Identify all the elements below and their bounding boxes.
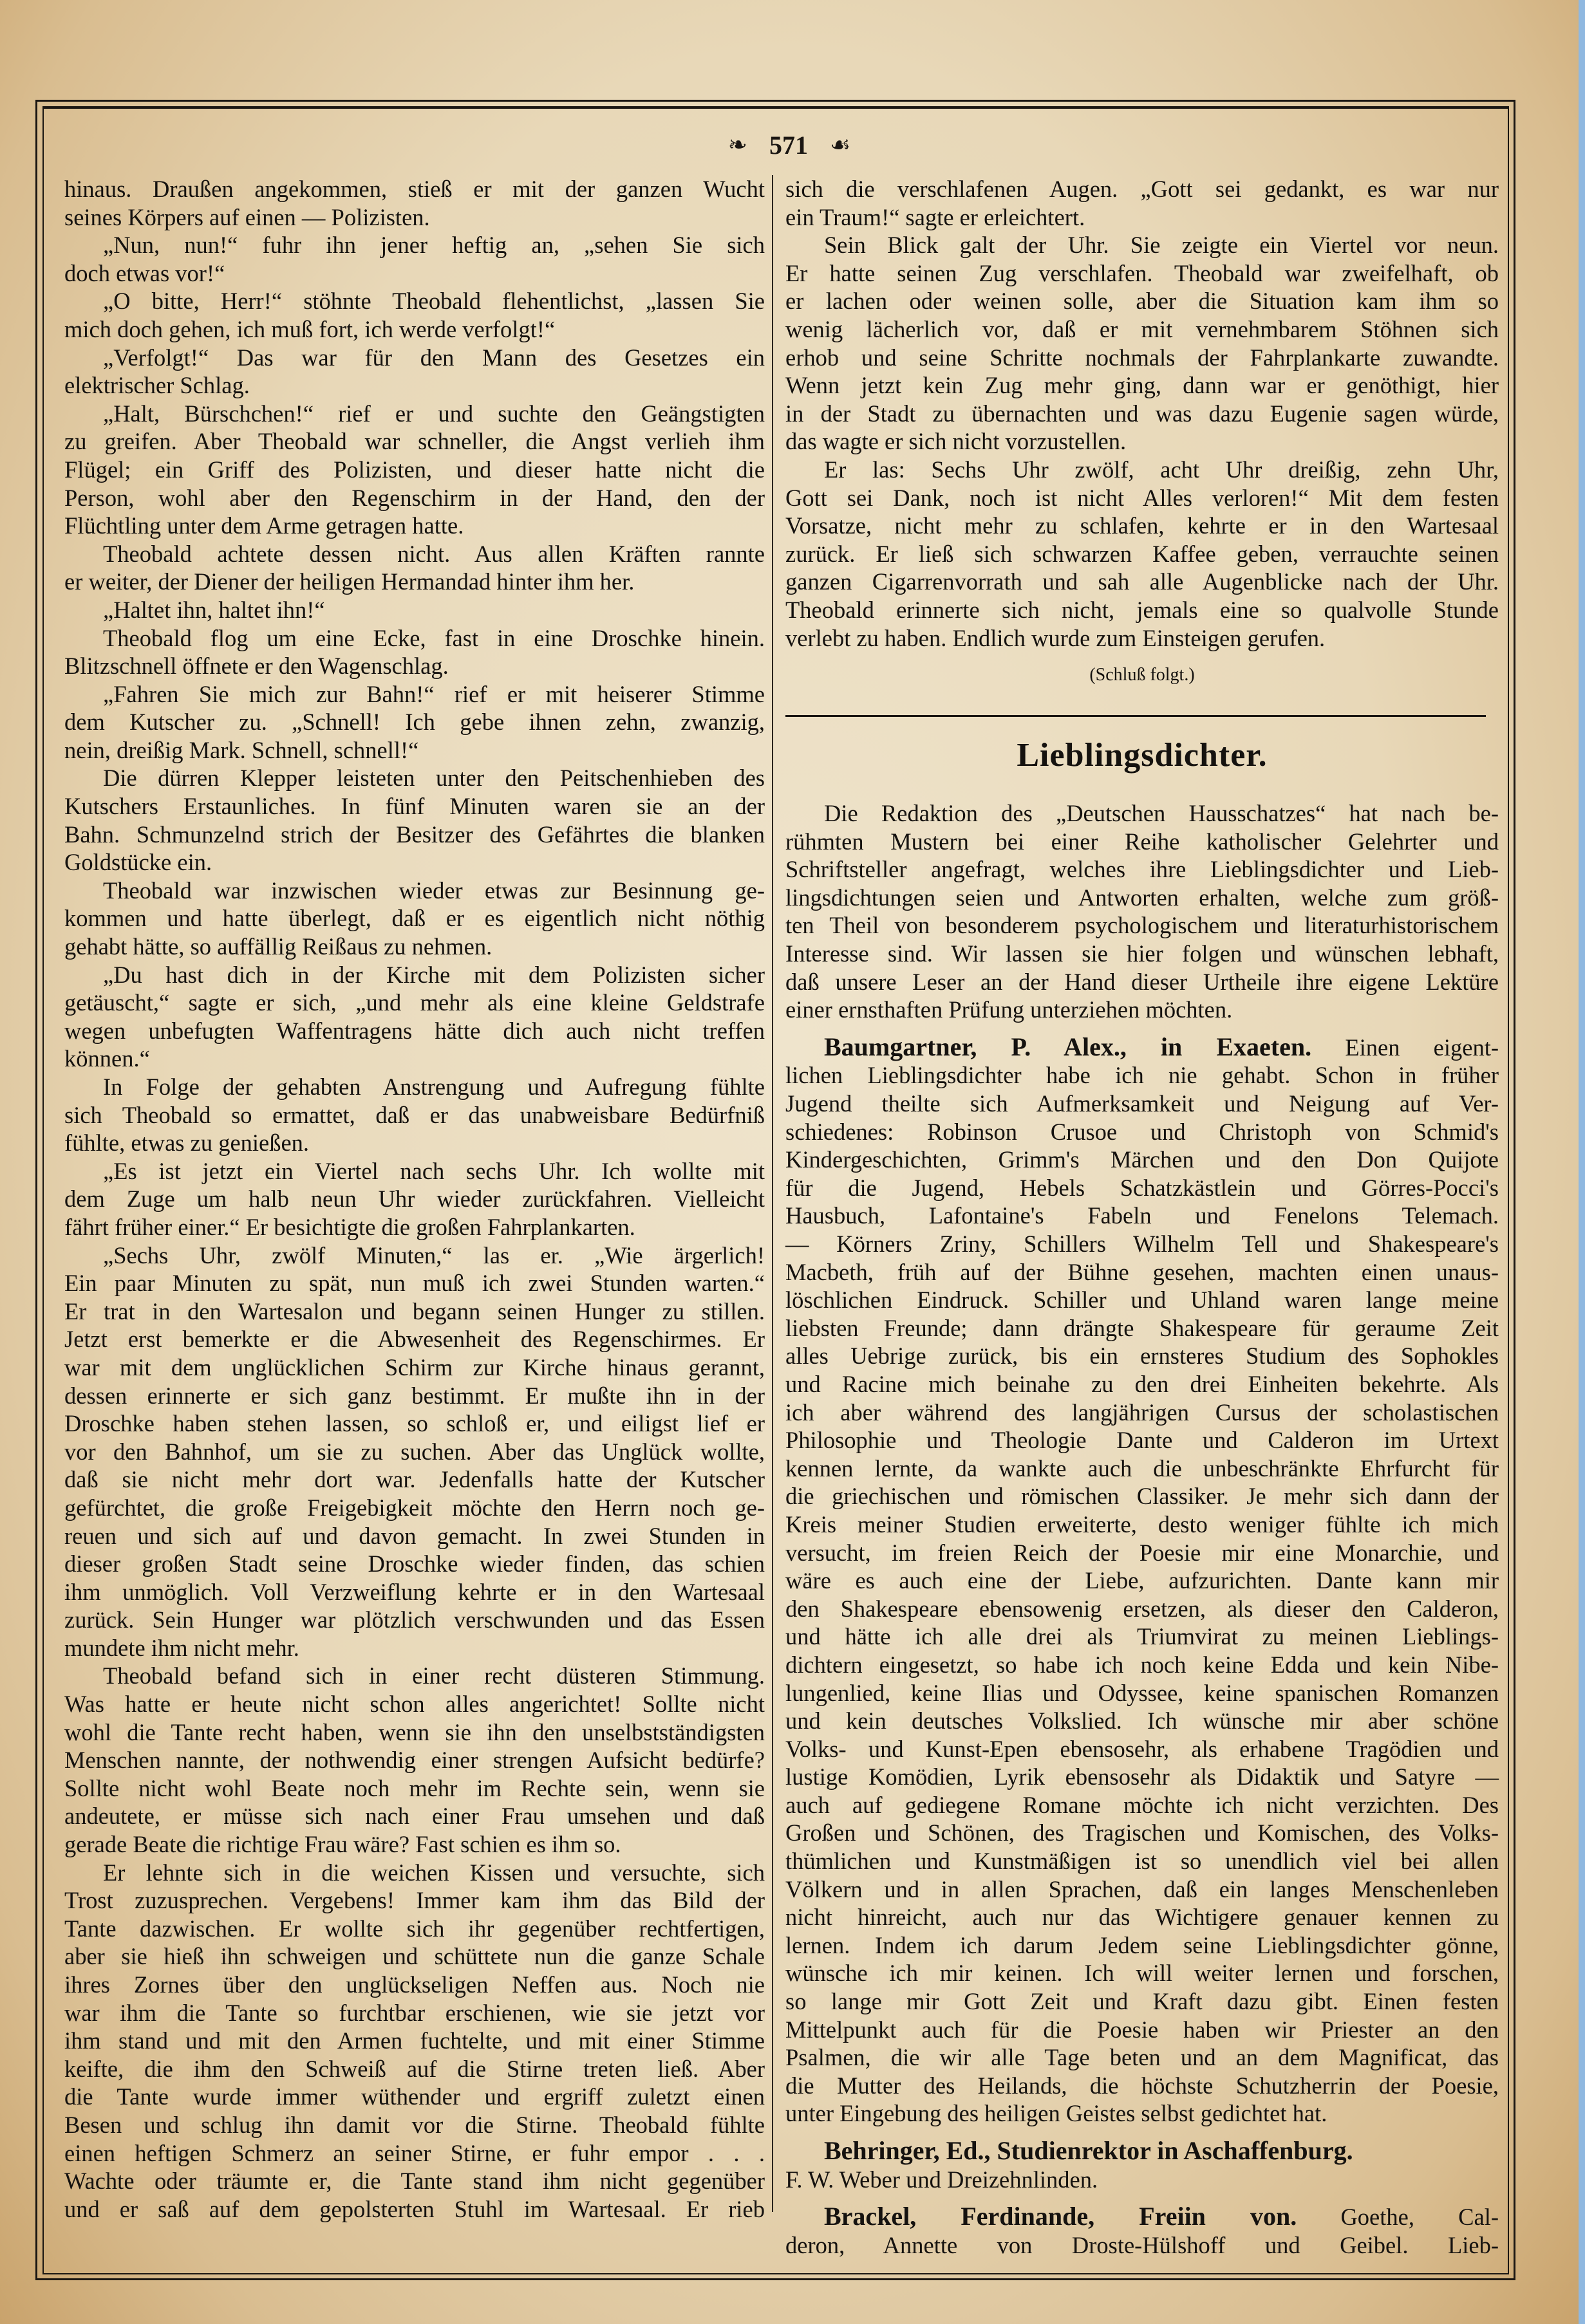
text-line: Sein Blick galt der Uhr. Sie zeigte ein … [785,231,1499,259]
left-column-story: hinaus. Draußen angekommen, stieß er mit… [64,175,765,2223]
text-line: ihm unmöglich. Voll Verzweiflung kehrte … [64,1578,765,1606]
poet-entry: Behringer, Ed., Studienrektor in Aschaff… [785,2128,1499,2193]
text-line: Goldstücke ein. [64,848,765,877]
text-line: ten Theil von besonderem psychologischem… [785,911,1499,940]
text-line: Gott sei Dank, noch ist nicht Alles verl… [785,484,1499,512]
text-line: Blitzschnell öffnete er den Wagenschlag. [64,652,765,680]
entry-text: Goethe, Cal- [1340,2204,1499,2230]
text-line: schiedenes: Robinson Crusoe und Christop… [785,1118,1499,1146]
text-line: Schriftsteller angefragt, welches ihre L… [785,855,1499,884]
text-line: Bahn. Schmunzelnd strich der Besitzer de… [64,821,765,849]
text-line: wegen unbefugten Waffentragens hätte dic… [64,1017,765,1045]
text-line: „Es ist jetzt ein Viertel nach sechs Uhr… [64,1157,765,1185]
text-line: nein, dreißig Mark. Schnell, schnell!“ [64,736,765,765]
text-line: In Folge der gehabten Anstrengung und Au… [64,1073,765,1101]
text-line: Trost zuzusprechen. Vergebens! Immer kam… [64,1886,765,1915]
section-separator-rule [785,715,1486,717]
text-line: Person, wohl aber den Regenschirm in der… [64,484,765,512]
text-line: — Körners Zriny, Schillers Wilhelm Tell … [785,1230,1499,1258]
text-line: „Verfolgt!“ Das war für den Mann des Ges… [64,344,765,372]
text-line: verlebt zu haben. Endlich wurde zum Eins… [785,624,1499,653]
text-line: Droschke haben stehen lassen, so schloß … [64,1409,765,1438]
text-line: ich aber während des langjährigen Cursus… [785,1399,1499,1427]
page-number: 571 [769,130,808,160]
text-line: F. W. Weber und Dreizehnlinden. [785,2166,1499,2194]
text-line: „Nun, nun!“ fuhr ihn jener heftig an, „s… [64,231,765,259]
text-line: Kutschers Erstaunliches. In fünf Minuten… [64,792,765,821]
text-line: „Sechs Uhr, zwölf Minuten,“ las er. „Wie… [64,1241,765,1270]
text-line: sich Theobald so ermattet, daß er das un… [64,1101,765,1129]
text-line: Kindergeschichten, Grimm's Märchen und d… [785,1146,1499,1174]
text-line: sich die verschlafenen Augen. „Gott sei … [785,175,1499,203]
text-line: Hausbuch, Lafontaine's Fabeln und Fenelo… [785,1202,1499,1230]
text-line: doch etwas vor!“ [64,259,765,288]
text-line: die Tante wurde immer wüthender und ergr… [64,2083,765,2111]
entry-heading-line: Brackel, Ferdinande, Freiin von. Goethe,… [785,2202,1499,2231]
text-line: daß sie nicht mehr dort war. Jedenfalls … [64,1465,765,1494]
text-line: und Racine mich beinahe zu den drei Einh… [785,1370,1499,1399]
text-line: Großen und Schönen, des Tragischen und K… [785,1819,1499,1847]
poet-entry: Brackel, Ferdinande, Freiin von. Goethe,… [785,2193,1499,2259]
text-line: Wenn jetzt kein Zug mehr ging, dann war … [785,371,1499,400]
text-line: seines Körpers auf einen — Polizisten. [64,203,765,232]
poet-entries-list: Baumgartner, P. Alex., in Exaeten. Einen… [785,1024,1499,2260]
text-line: Tante dazwischen. Er wollte sich ihr geg… [64,1915,765,1943]
text-line: auch auf gediegene Romane möchte ich nic… [785,1791,1499,1819]
text-line: für die Jugend, Hebels Schatzkästlein un… [785,1174,1499,1202]
text-line: erhob und seine Schritte nochmals der Fa… [785,344,1499,372]
text-line: getäuscht,“ sagte er sich, „und mehr als… [64,989,765,1017]
text-line: lingsdichtungen seien und Antworten erha… [785,884,1499,912]
text-line: kennen lernte, da wankte auch die unbesc… [785,1455,1499,1483]
text-line: Volks- und Kunst-Epen ebensosehr, als er… [785,1735,1499,1763]
section-intro: Die Redaktion des „Deutschen Hausschatze… [785,799,1499,1024]
text-line: keifte, die ihm den Schweiß auf die Stir… [64,2055,765,2083]
text-line: er lachen oder weinen solle, aber die Si… [785,287,1499,315]
text-line: können.“ [64,1045,765,1073]
text-line: die griechischen und römischen Classiker… [785,1482,1499,1511]
text-line: Er las: Sechs Uhr zwölf, acht Uhr dreißi… [785,456,1499,484]
text-line: unter Eingebung des heiligen Geistes sel… [785,2099,1499,2128]
entry-heading-line: Baumgartner, P. Alex., in Exaeten. Einen… [785,1033,1499,1062]
text-line: dichtern eingesetzt, so habe ich noch ke… [785,1651,1499,1679]
text-line: gerade Beate die richtige Frau wäre? Fas… [64,1830,765,1859]
text-line: lungenlied, keine Ilias und Odyssee, kei… [785,1679,1499,1707]
text-line: Mittelpunkt auch für die Poesie haben wi… [785,2016,1499,2044]
text-line: zurück. Sein Hunger war plötzlich versch… [64,1606,765,1634]
text-line: Psalmen, die wir alle Tage beten und an … [785,2043,1499,2072]
text-line: Theobald erinnerte sich nicht, jemals ei… [785,596,1499,624]
text-line: Kreis meiner Studien erweiterte, desto w… [785,1511,1499,1539]
text-line: „Haltet ihn, haltet ihn!“ [64,596,765,624]
text-line: „O bitte, Herr!“ stöhnte Theobald flehen… [64,287,765,315]
text-line: in der Stadt zu übernachten und was dazu… [785,400,1499,428]
text-line: Flügel; ein Griff des Polizisten, und di… [64,456,765,484]
text-line: Er lehnte sich in die weichen Kissen und… [64,1859,765,1887]
text-line: thümlichen und Kunstmäßigen ist so unend… [785,1847,1499,1875]
text-line: Interesse sind. Wir lassen sie hier folg… [785,940,1499,968]
text-line: „Halt, Bürschchen!“ rief er und suchte d… [64,400,765,428]
text-line: Er hatte seinen Zug verschlafen. Theobal… [785,259,1499,288]
text-line: „Fahren Sie mich zur Bahn!“ rief er mit … [64,680,765,709]
text-line: rühmten Mustern bei einer Reihe katholis… [785,828,1499,856]
text-line: liebsten Freunde; dann drängte Shakespea… [785,1314,1499,1343]
text-line: dessen erinnerte er sich ganz bestimmt. … [64,1382,765,1410]
text-line: zu greifen. Aber Theobald war schneller,… [64,427,765,456]
text-line: wenig lächerlich vor, daß er mit vernehm… [785,315,1499,344]
text-line: gefürchtet, die große Freigebigkeit möch… [64,1494,765,1522]
entry-text: Einen eigent- [1345,1034,1499,1061]
text-line: ihm stand und mit den Armen fuchtelte, u… [64,2027,765,2055]
text-line: elektrischer Schlag. [64,371,765,400]
entry-author-name: Brackel, Ferdinande, Freiin von. [824,2202,1297,2231]
text-line: Theobald war inzwischen wieder etwas zur… [64,877,765,905]
text-line: fährt früher einer.“ Er besichtigte die … [64,1213,765,1241]
right-column: sich die verschlafenen Augen. „Gott sei … [785,175,1499,2259]
text-line: dem Zuge um halb neun Uhr wieder zurückf… [64,1185,765,1213]
text-line: Sollte nicht wohl Beate noch mehr im Rec… [64,1774,765,1803]
text-line: dieser großen Stadt seine Droschke wiede… [64,1550,765,1578]
text-line: und hätte ich alle drei als Triumvirat z… [785,1622,1499,1651]
text-line: alles Uebrige zurück, bis ein ernsteres … [785,1342,1499,1370]
text-line: die Mutter des Heilands, die höchste Sch… [785,2072,1499,2100]
text-line: Theobald flog um eine Ecke, fast in eine… [64,624,765,653]
text-line: so lange mir Gott Zeit und Kraft dazu gi… [785,1987,1499,2016]
text-line: ihres Zornes über den unglückseligen Nef… [64,1971,765,1999]
entry-author-name: Baumgartner, P. Alex., in Exaeten. [824,1032,1311,1061]
text-line: Philosophie und Theologie Dante und Cald… [785,1426,1499,1455]
text-line: fühlte, etwas zu genießen. [64,1129,765,1157]
text-line: war mit dem unglücklichen Schirm zur Kir… [64,1353,765,1382]
text-line: den Shakespeare ebensowenig ersetzen, al… [785,1595,1499,1623]
text-line: zurück. Er ließ sich schwarzen Kaffee ge… [785,540,1499,568]
text-line: Menschen nannte, der nothwendig einer st… [64,1746,765,1774]
text-line: löschlichen Eindruck. Schiller und Uhlan… [785,1286,1499,1314]
text-line: dem Kutscher zu. „Schnell! Ich gebe ihne… [64,708,765,736]
entry-heading-line: Behringer, Ed., Studienrektor in Aschaff… [785,2137,1499,2166]
text-line: lichen Lieblingsdichter habe ich nie geh… [785,1061,1499,1090]
text-line: gehabt hätte, so auffällig Reißaus zu ne… [64,933,765,961]
text-line: Flüchtling unter dem Arme getragen hatte… [64,512,765,540]
text-line: mundete ihm nicht mehr. [64,1634,765,1662]
text-line: und kein deutsches Volkslied. Ich wünsch… [785,1707,1499,1735]
text-line: Die dürren Klepper leisteten unter den P… [64,764,765,792]
text-line: aber sie hieß ihn schweigen und schüttet… [64,1942,765,1971]
text-line: hinaus. Draußen angekommen, stieß er mit… [64,175,765,203]
text-line: ganzen Cigarrenvorrath und sah alle Auge… [785,568,1499,596]
text-line: lustige Komödien, Lyrik ebensosehr als D… [785,1763,1499,1791]
text-line: ein Traum!“ sagte er erleichtert. [785,203,1499,232]
text-line: war ihm die Tante so furchtbar erschiene… [64,1999,765,2027]
to-be-continued-note: (Schluß folgt.) [785,661,1499,689]
text-line: Was hatte er heute nicht schon alles ang… [64,1690,765,1718]
text-line: vor den Bahnhof, um sie zu suchen. Aber … [64,1438,765,1466]
text-line: wäre es auch eine der Liebe, aufzurichte… [785,1566,1499,1595]
newspaper-page: ❧ 571 ☙ hinaus. Draußen angekommen, stie… [0,0,1579,2324]
text-line: „Du hast dich in der Kirche mit dem Poli… [64,961,765,989]
text-line: Ein paar Minuten zu spät, nun muß ich zw… [64,1269,765,1297]
text-line: Völkern und in allen Sprachen, daß ein l… [785,1875,1499,1904]
text-line: Jetzt erst bemerkte er die Abwesenheit d… [64,1325,765,1353]
section-title: Lieblingsdichter. [785,741,1499,780]
text-line: das wagte er sich nicht vorzustellen. [785,427,1499,456]
text-line: Vorsatze, nicht mehr zu schlafen, kehrte… [785,512,1499,540]
page-header: ❧ 571 ☙ [0,129,1579,161]
text-line: Theobald achtete dessen nicht. Aus allen… [64,540,765,568]
text-line: Jugend theilte sich Aufmerksamkeit und N… [785,1090,1499,1118]
text-line: Macbeth, früh auf der Bühne gesehen, mac… [785,1258,1499,1287]
text-line: andeutete, er müsse sich nach einer Frau… [64,1802,765,1830]
text-line: wünsche ich mir keinen. Ich will weiter … [785,1959,1499,1987]
text-line: Wachte oder träumte er, die Tante stand … [64,2167,765,2195]
right-ornament-icon: ☙ [830,131,850,158]
scan-edge-strip [1579,0,1585,2324]
text-line: versucht, im freien Reich der Poesie mir… [785,1539,1499,1567]
text-line: kommen und hatte überlegt, daß er es eig… [64,904,765,933]
text-line: einer ernsthaften Prüfung unterziehen mö… [785,996,1499,1024]
text-line: deron, Annette von Droste-Hülshoff und G… [785,2231,1499,2260]
text-line: Die Redaktion des „Deutschen Hausschatze… [785,799,1499,828]
text-line: Besen und schlug ihn damit vor die Stirn… [64,2111,765,2139]
text-line: Theobald befand sich in einer recht düst… [64,1662,765,1690]
text-line: reuen und sich auf und davon gemacht. In… [64,1522,765,1550]
entry-author-name: Behringer, Ed., Studienrektor in Aschaff… [824,2136,1353,2165]
text-line: daß unsere Leser an der Hand dieser Urth… [785,968,1499,996]
text-line: lernen. Indem ich darum Jedem seine Lieb… [785,1931,1499,1960]
text-line: mich doch gehen, ich muß fort, ich werde… [64,315,765,344]
column-divider [772,175,773,2212]
left-ornament-icon: ❧ [728,131,747,158]
text-line: Er trat in den Wartesalon und begann sei… [64,1297,765,1326]
story-continuation: sich die verschlafenen Augen. „Gott sei … [785,175,1499,652]
poet-entry: Baumgartner, P. Alex., in Exaeten. Einen… [785,1024,1499,2128]
text-line: er weiter, der Diener der heiligen Herma… [64,568,765,596]
text-line: einen heftigen Schmerz an seiner Stirne,… [64,2139,765,2168]
text-line: nicht hinreicht, auch nur das Wichtigere… [785,1903,1499,1931]
text-line: wohl die Tante recht haben, wenn sie ihn… [64,1718,765,1747]
text-line: und er saß auf dem gepolsterten Stuhl im… [64,2195,765,2224]
